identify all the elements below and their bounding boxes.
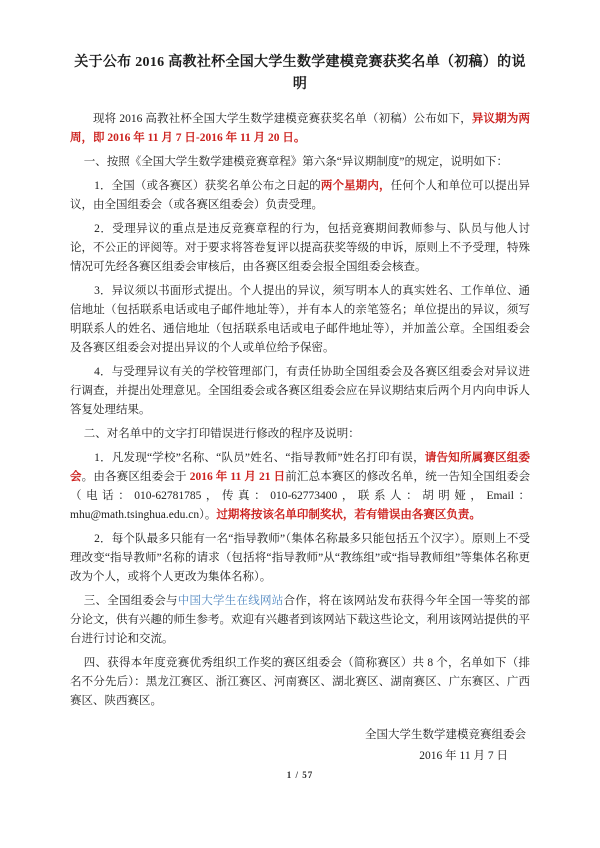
text-segment: 4．与受理异议有关的学校管理部门，有责任协助全国组委会及各赛区组委会对异议进行调…	[70, 366, 530, 416]
signature-organization: 全国大学生数学建模竞赛组委会	[70, 725, 530, 746]
page-number: 1 / 57	[0, 770, 600, 780]
document-page: 关于公布 2016 高教社杯全国大学生数学建模竞赛获奖名单（初稿）的说明 现将 …	[0, 0, 600, 848]
emphasis-red-text: 两个星期内，	[321, 180, 391, 192]
section-2-heading: 二、对名单中的文字打印错误进行修改的程序及说明：	[70, 425, 530, 444]
signature-block: 全国大学生数学建模竞赛组委会 2016 年 11 月 7 日	[70, 725, 530, 767]
section-2-item-2: 2．每个队最多只能有一名“指导教师”（集体名称最多只能包括五个汉字）。原则上不受…	[70, 530, 530, 587]
intro-paragraph: 现将 2016 高教社杯全国大学生数学建模竞赛获奖名单（初稿）公布如下，异议期为…	[70, 110, 530, 148]
section-4-paragraph: 四、获得本年度竞赛优秀组织工作奖的赛区组委会（简称赛区）共 8 个，名单如下（排…	[70, 654, 530, 711]
section-2-item-1: 1．凡发现“学校”名称、“队员”姓名、“指导教师”姓名打印有误，请告知所属赛区组…	[70, 449, 530, 525]
text-segment: 1．全国（或各赛区）获奖名单公布之日起的	[94, 180, 321, 192]
text-segment: 2．受理异议的重点是违反竞赛章程的行为，包括竞赛期间教师参与、队员与他人讨论，不…	[70, 223, 530, 273]
text-segment: 现将 2016 高教社杯全国大学生数学建模竞赛获奖名单（初稿）公布如下，	[93, 113, 472, 125]
text-segment: 3．异议须以书面形式提出。个人提出的异议，须写明本人的真实姓名、工作单位、通信地…	[70, 285, 530, 354]
section-3-paragraph: 三、全国组委会与中国大学生在线网站合作，将在该网站发布获得今年全国一等奖的部分论…	[70, 592, 530, 649]
text-segment: 三、全国组委会与	[84, 595, 178, 607]
text-segment: 二、对名单中的文字打印错误进行修改的程序及说明：	[84, 428, 360, 440]
text-segment: 1．凡发现“学校”名称、“队员”姓名、“指导教师”姓名打印有误，	[94, 452, 425, 464]
text-segment: 四、获得本年度竞赛优秀组织工作奖的赛区组委会（简称赛区）共 8 个，名单如下（排…	[70, 657, 530, 707]
emphasis-red-text: 2016 年 11 月 21 日	[190, 471, 286, 483]
section-1-item-4: 4．与受理异议有关的学校管理部门，有责任协助全国组委会及各赛区组委会对异议进行调…	[70, 363, 530, 420]
section-1-item-3: 3．异议须以书面形式提出。个人提出的异议，须写明本人的真实姓名、工作单位、通信地…	[70, 282, 530, 358]
section-1-item-1: 1．全国（或各赛区）获奖名单公布之日起的两个星期内，任何个人和单位可以提出异议，…	[70, 177, 530, 215]
text-segment: 2．每个队最多只能有一名“指导教师”（集体名称最多只能包括五个汉字）。原则上不受…	[70, 533, 530, 583]
text-segment: 一、按照《全国大学生数学建模竞赛章程》第六条“异议期制度”的规定，说明如下：	[84, 156, 508, 168]
signature-date: 2016 年 11 月 7 日	[70, 746, 530, 767]
section-1-heading: 一、按照《全国大学生数学建模竞赛章程》第六条“异议期制度”的规定，说明如下：	[70, 153, 530, 172]
section-1-item-2: 2．受理异议的重点是违反竞赛章程的行为，包括竞赛期间教师参与、队员与他人讨论，不…	[70, 220, 530, 277]
document-title: 关于公布 2016 高教社杯全国大学生数学建模竞赛获奖名单（初稿）的说明	[70, 52, 530, 96]
inline-hyperlink[interactable]: 中国大学生在线网站	[178, 595, 284, 607]
text-segment: 。由各赛区组委会于	[82, 471, 190, 483]
emphasis-red-text: 过期将按该名单印制奖状，若有错误由各赛区负责。	[216, 509, 481, 521]
